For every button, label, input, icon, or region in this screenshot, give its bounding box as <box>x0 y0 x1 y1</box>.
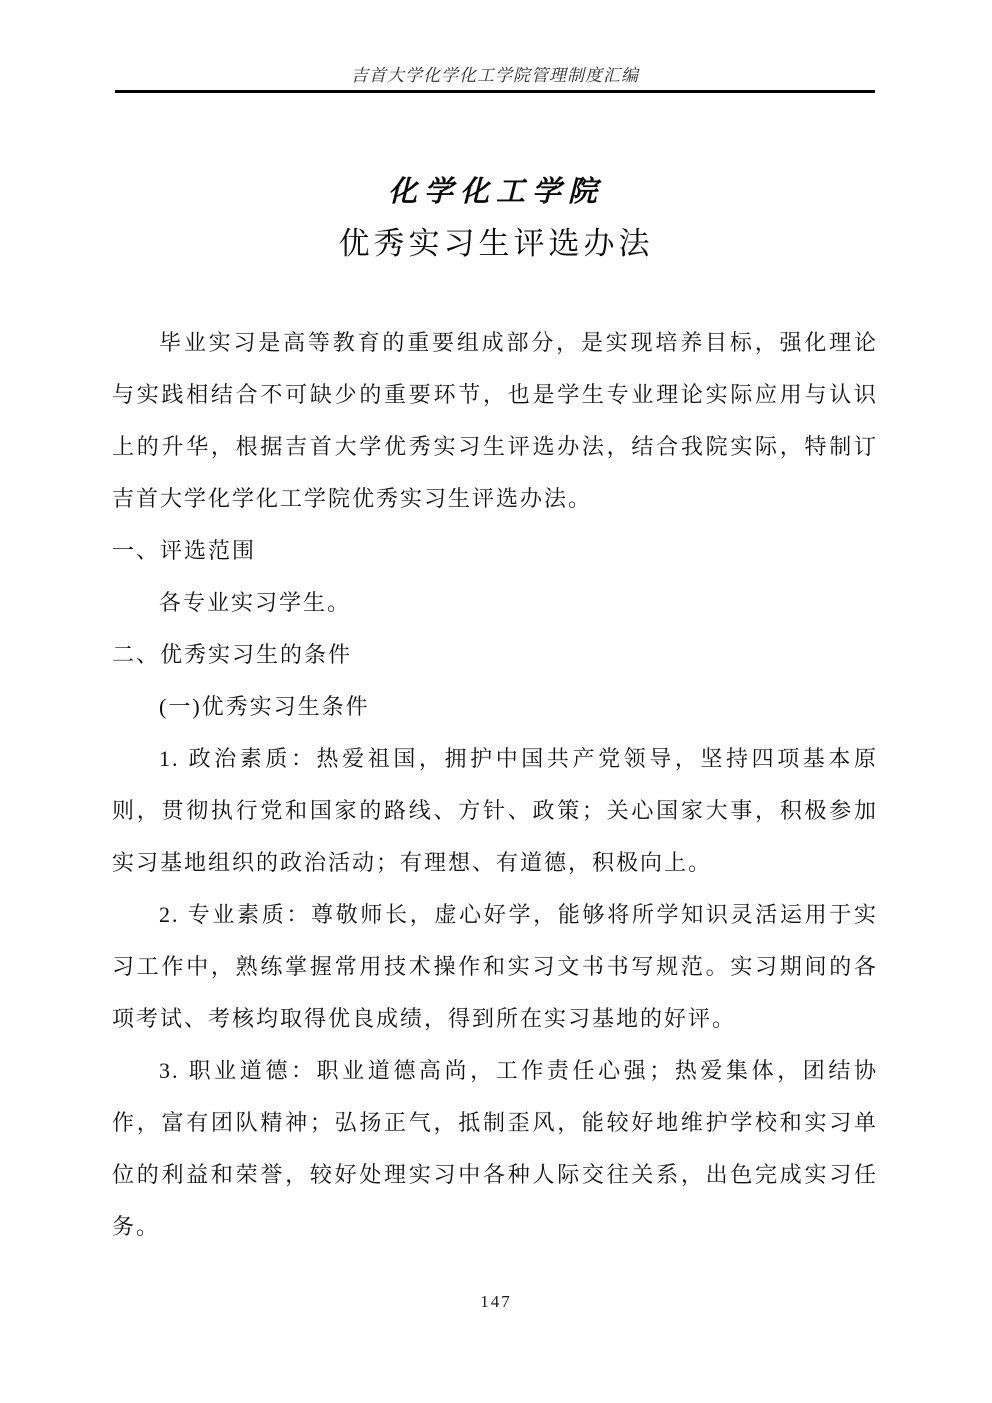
document-body: 毕业实习是高等教育的重要组成部分，是实现培养目标，强化理论与实践相结合不可缺少的… <box>112 317 878 1253</box>
doc-title: 化学化工学院 <box>0 174 992 210</box>
paragraph: 1. 政治素质：热爱祖国，拥护中国共产党领导，坚持四项基本原则，贯彻执行党和国家… <box>112 733 878 889</box>
paragraph: (一)优秀实习生条件 <box>112 681 878 733</box>
page-number: 147 <box>0 1292 992 1312</box>
document-page: 吉首大学化学化工学院管理制度汇编 化学化工学院 优秀实习生评选办法 毕业实习是高… <box>0 0 992 1403</box>
paragraph: 各专业实习学生。 <box>112 577 878 629</box>
header-rule <box>115 90 875 93</box>
doc-subtitle: 优秀实习生评选办法 <box>0 224 992 264</box>
section-heading: 二、优秀实习生的条件 <box>112 629 878 681</box>
paragraph: 2. 专业素质：尊敬师长，虚心好学，能够将所学知识灵活运用于实习工作中，熟练掌握… <box>112 889 878 1045</box>
paragraph: 3. 职业道德：职业道德高尚，工作责任心强；热爱集体，团结协作，富有团队精神；弘… <box>112 1045 878 1253</box>
page-header: 吉首大学化学化工学院管理制度汇编 <box>115 64 875 93</box>
paragraph: 毕业实习是高等教育的重要组成部分，是实现培养目标，强化理论与实践相结合不可缺少的… <box>112 317 878 525</box>
section-heading: 一、评选范围 <box>112 525 878 577</box>
header-title: 吉首大学化学化工学院管理制度汇编 <box>115 64 875 88</box>
